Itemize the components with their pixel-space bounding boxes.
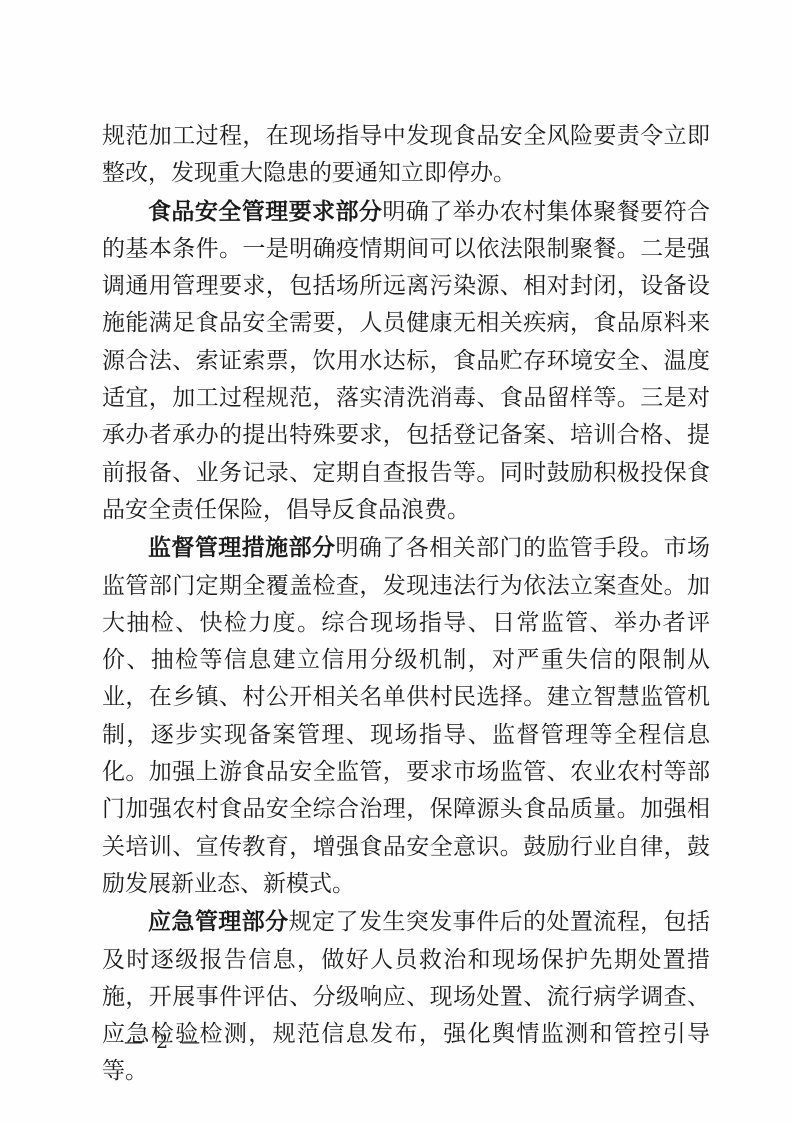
paragraph: 应急管理部分规定了发生突发事件后的处置流程，包括及时逐级报告信息，做好人员救治和… [102, 903, 710, 1090]
paragraph-text: 规范加工过程，在现场指导中发现食品安全风险要责令立即整改，发现重大隐患的要通知立… [102, 123, 710, 186]
paragraph-text: 规定了发生突发事件后的处置流程，包括及时逐级报告信息，做好人员救治和现场保护先期… [102, 909, 710, 1084]
section-heading: 监督管理措施部分 [148, 534, 335, 561]
paragraph: 食品安全管理要求部分明确了举办农村集体聚餐要符合的基本条件。一是明确疫情期间可以… [102, 193, 710, 530]
document-content: 规范加工过程，在现场指导中发现食品安全风险要责令立即整改，发现重大隐患的要通知立… [102, 118, 710, 1091]
paragraph: 规范加工过程，在现场指导中发现食品安全风险要责令立即整改，发现重大隐患的要通知立… [102, 118, 710, 193]
section-heading: 食品安全管理要求部分 [148, 198, 382, 225]
paragraph-text: 明确了举办农村集体聚餐要符合的基本条件。一是明确疫情期间可以依法限制聚餐。二是强… [102, 199, 710, 523]
page-number: — 2 — [124, 1030, 201, 1054]
document-page: 规范加工过程，在现场指导中发现食品安全风险要责令立即整改，发现重大隐患的要通知立… [0, 0, 793, 1122]
paragraph-text: 明确了各相关部门的监管手段。市场监管部门定期全覆盖检查，发现违法行为依法立案查处… [102, 535, 710, 897]
paragraph: 监督管理措施部分明确了各相关部门的监管手段。市场监管部门定期全覆盖检查，发现违法… [102, 529, 710, 903]
section-heading: 应急管理部分 [148, 908, 289, 935]
